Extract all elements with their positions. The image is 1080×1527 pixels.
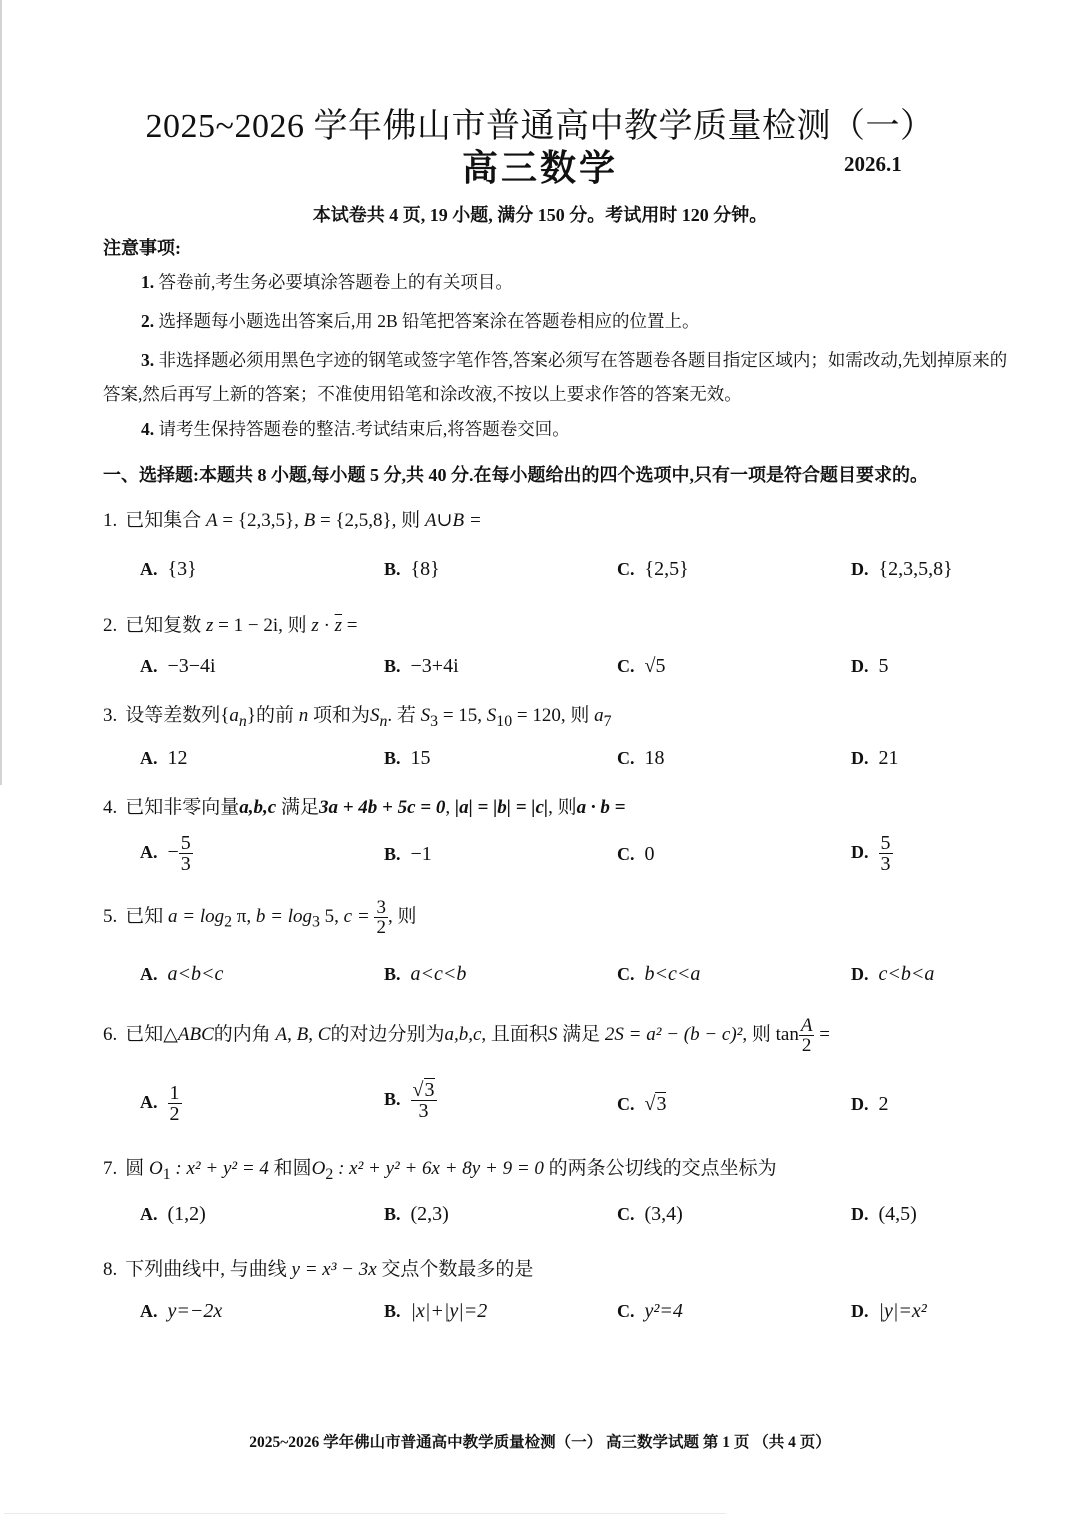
- question-number: 7.: [103, 1158, 117, 1179]
- option-a[interactable]: A.12: [140, 747, 188, 770]
- note-number: 2.: [141, 311, 154, 331]
- question-number: 1.: [103, 510, 117, 531]
- option-b[interactable]: B.√33: [384, 1080, 437, 1121]
- note-text: 答卷前,考生务必要填涂答题卷上的有关项目。: [159, 272, 513, 292]
- question-5: 5.已知 a = log2 π, b = log3 5, c = 32, 则: [103, 898, 416, 937]
- question-1: 1.已知集合 A = {2,3,5}, B = {2,5,8}, 则 A∪B =: [103, 505, 482, 532]
- question-4: 4.已知非零向量a,b,c 满足3a + 4b + 5c = 0, |a| = …: [103, 792, 625, 819]
- question-number: 3.: [103, 705, 117, 726]
- exam-info: 本试卷共 4 页, 19 小题, 满分 150 分。考试用时 120 分钟。: [0, 201, 1080, 227]
- option-a[interactable]: A.−53: [140, 833, 193, 874]
- option-a[interactable]: A.a<b<c: [140, 963, 223, 986]
- question-number: 8.: [103, 1259, 117, 1280]
- option-d[interactable]: D.c<b<a: [851, 963, 934, 986]
- question-number: 4.: [103, 797, 117, 818]
- notes-title: 注意事项:: [103, 234, 181, 260]
- option-b[interactable]: B.−1: [384, 843, 432, 866]
- question-3: 3.设等差数列{an}的前 n 项和为Sn. 若 S3 = 15, S10 = …: [103, 700, 612, 731]
- option-a[interactable]: A.(1,2): [140, 1203, 206, 1226]
- note-item: 2. 选择题每小题选出答案后,用 2B 铅笔把答案涂在答题卷相应的位置上。: [103, 304, 1008, 338]
- option-a[interactable]: A.12: [140, 1083, 182, 1124]
- note-item: 1. 答卷前,考生务必要填涂答题卷上的有关项目。: [103, 265, 1008, 299]
- note-text: 请考生保持答题卷的整洁.考试结束后,将答题卷交回。: [159, 419, 570, 439]
- exam-page: 2025~2026 学年佛山市普通高中教学质量检测（一） 高三数学 2026.1…: [0, 0, 1080, 1527]
- option-c[interactable]: C.(3,4): [617, 1203, 683, 1226]
- option-d[interactable]: D.(4,5): [851, 1203, 917, 1226]
- question-7: 7.圆 O1 : x² + y² = 4 和圆O2 : x² + y² + 6x…: [103, 1153, 777, 1184]
- option-d[interactable]: D.2: [851, 1093, 889, 1116]
- note-text: 非选择题必须用黑色字迹的钢笔或签字笔作答,答案必须写在答题卷各题目指定区域内；如…: [103, 350, 1007, 404]
- option-a[interactable]: A.y=−2x: [140, 1300, 222, 1323]
- option-c[interactable]: C.√5: [617, 655, 665, 678]
- option-c[interactable]: C.0: [617, 843, 655, 866]
- question-8: 8.下列曲线中, 与曲线 y = x³ − 3x 交点个数最多的是: [103, 1254, 533, 1281]
- exam-date: 2026.1: [844, 152, 902, 177]
- note-text: 选择题每小题选出答案后,用 2B 铅笔把答案涂在答题卷相应的位置上。: [159, 311, 700, 331]
- section-title: 一、选择题:本题共 8 小题,每小题 5 分,共 40 分.在每小题给出的四个选…: [103, 461, 928, 487]
- option-a[interactable]: A.{3}: [140, 558, 197, 581]
- option-b[interactable]: B.15: [384, 747, 431, 770]
- option-d[interactable]: D.|y|=x²: [851, 1300, 927, 1323]
- question-number: 6.: [103, 1024, 117, 1045]
- note-number: 3.: [141, 350, 154, 370]
- option-a[interactable]: A.−3−4i: [140, 655, 216, 678]
- option-b[interactable]: B.a<c<b: [384, 963, 466, 986]
- option-d[interactable]: D.5: [851, 655, 889, 678]
- option-d[interactable]: D.{2,3,5,8}: [851, 558, 953, 581]
- question-6: 6.已知△ABC的内角 A, B, C的对边分别为a,b,c, 且面积S 满足 …: [103, 1016, 830, 1055]
- option-b[interactable]: B.(2,3): [384, 1203, 449, 1226]
- question-number: 5.: [103, 906, 117, 927]
- option-c[interactable]: C.18: [617, 747, 665, 770]
- note-item: 3. 非选择题必须用黑色字迹的钢笔或签字笔作答,答案必须写在答题卷各题目指定区域…: [103, 343, 1008, 411]
- option-b[interactable]: B.|x|+|y|=2: [384, 1300, 487, 1323]
- option-c[interactable]: C.{2,5}: [617, 558, 689, 581]
- option-c[interactable]: C.b<c<a: [617, 963, 700, 986]
- option-c[interactable]: C.y²=4: [617, 1300, 683, 1323]
- note-number: 4.: [141, 419, 154, 439]
- question-number: 2.: [103, 615, 117, 636]
- option-b[interactable]: B.{8}: [384, 558, 440, 581]
- scan-bottom-rule: [4, 1513, 726, 1514]
- note-item: 4. 请考生保持答题卷的整洁.考试结束后,将答题卷交回。: [103, 412, 1008, 446]
- note-number: 1.: [141, 272, 154, 292]
- option-d[interactable]: D.53: [851, 833, 893, 874]
- page-footer: 2025~2026 学年佛山市普通高中教学质量检测（一） 高三数学试题 第 1 …: [0, 1430, 1080, 1452]
- option-d[interactable]: D.21: [851, 747, 899, 770]
- option-b[interactable]: B.−3+4i: [384, 655, 459, 678]
- question-2: 2.已知复数 z = 1 − 2i, 则 z · z =: [103, 610, 358, 637]
- subject-title: 高三数学: [0, 140, 1080, 191]
- option-c[interactable]: C.√3: [617, 1093, 666, 1116]
